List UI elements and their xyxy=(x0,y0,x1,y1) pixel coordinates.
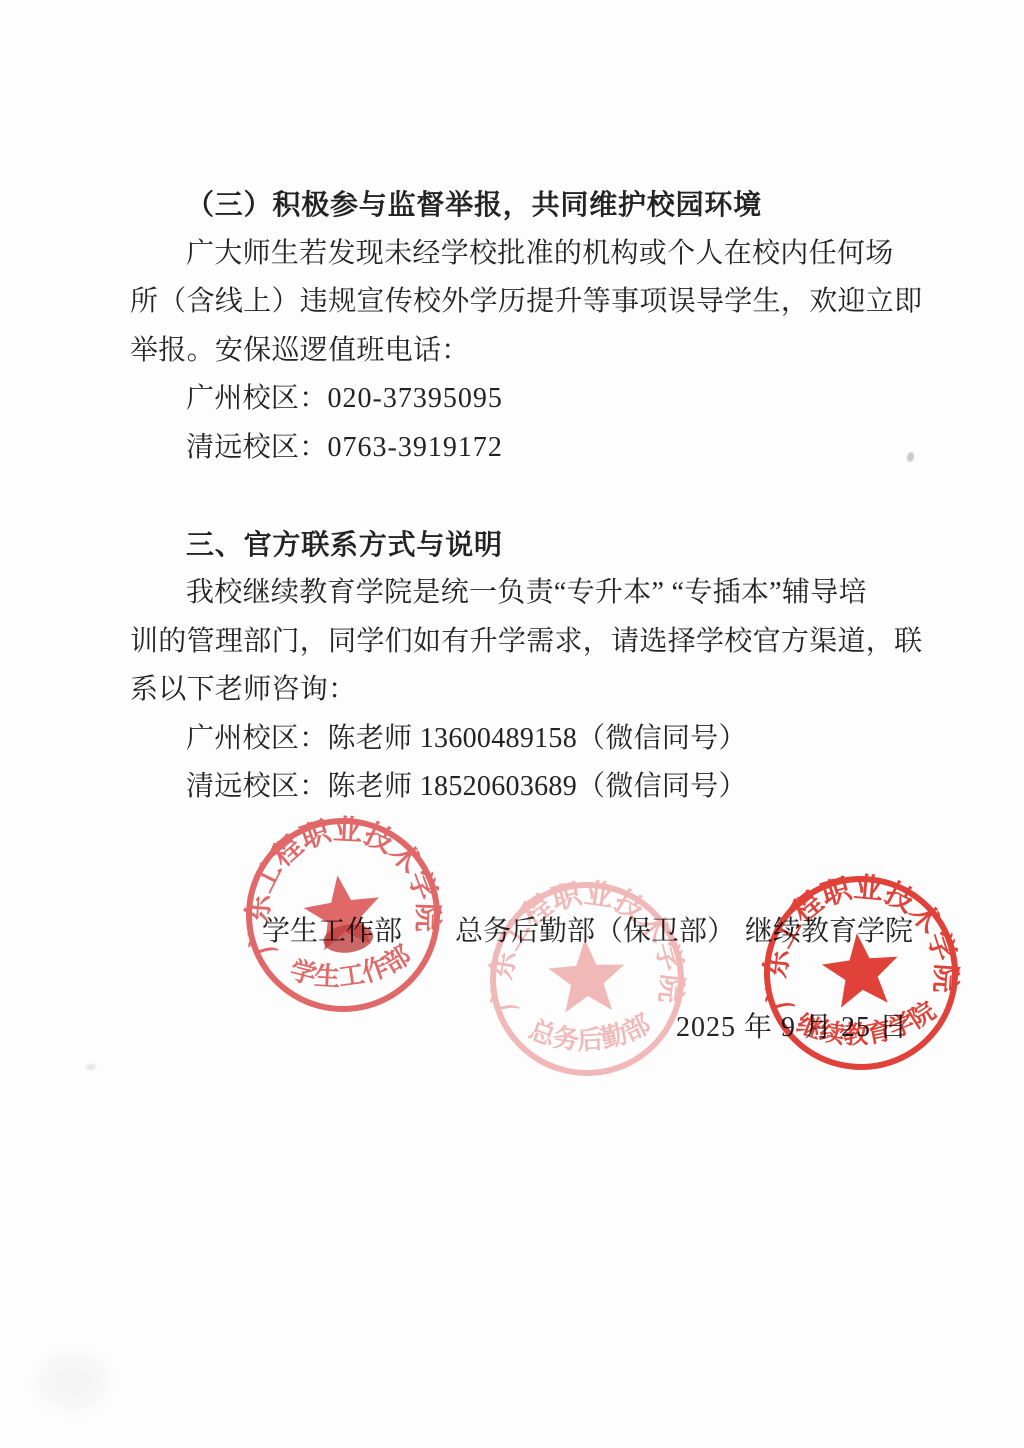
paragraph-line: 所（含线上）违规宣传校外学历提升等事项误导学生，欢迎立即 xyxy=(130,278,930,327)
official-seal-logistics: 广东工程职业技术学院 总务后勤部 xyxy=(471,863,702,1094)
paragraph-line: 系以下老师咨询： xyxy=(130,666,930,715)
campus-label: 清远校区： xyxy=(186,432,328,463)
paragraph-line: 广大师生若发现未经学校批准的机构或个人在校内任何场 xyxy=(130,230,930,279)
teacher-contact: 陈老师 18520603689（微信同号） xyxy=(328,771,747,802)
paragraph-line: 我校继续教育学院是统一负责“专升本” “专插本”辅导培 xyxy=(130,569,930,618)
scan-mark xyxy=(86,1064,96,1070)
paragraph-line: 训的管理部门，同学们如有升学需求，请选择学校官方渠道，联 xyxy=(130,618,930,667)
scan-smudge xyxy=(38,1352,108,1410)
signature-dept-logistics: 总务后勤部（保卫部） xyxy=(455,908,735,956)
paragraph-line: 举报。安保巡逻值班电话： xyxy=(130,327,930,376)
campus-label: 清远校区： xyxy=(186,771,328,802)
phone-line-qingyuan: 清远校区：0763-3919172 xyxy=(130,424,930,473)
blank-line xyxy=(130,472,930,521)
contact-line-guangzhou: 广州校区：陈老师 13600489158（微信同号） xyxy=(130,715,930,764)
document-body: （三）积极参与监督举报，共同维护校园环境 广大师生若发现未经学校批准的机构或个人… xyxy=(130,181,930,812)
scanned-document-page: （三）积极参与监督举报，共同维护校园环境 广大师生若发现未经学校批准的机构或个人… xyxy=(0,0,1024,1448)
contact-line-qingyuan: 清远校区：陈老师 18520603689（微信同号） xyxy=(130,763,930,812)
phone-number: 020-37395095 xyxy=(328,383,503,414)
signature-dept-continuing-education: 继续教育学院 xyxy=(745,908,913,956)
phone-line-guangzhou: 广州校区：020-37395095 xyxy=(130,375,930,424)
campus-label: 广州校区： xyxy=(186,723,328,754)
section-heading-supervision: （三）积极参与监督举报，共同维护校园环境 xyxy=(130,181,930,230)
teacher-contact: 陈老师 13600489158（微信同号） xyxy=(328,723,747,754)
seal-graphic: 广东工程职业技术学院 总务后勤部 xyxy=(471,863,702,1094)
campus-label: 广州校区： xyxy=(186,383,328,414)
document-date: 2025 年 9 月 25 日 xyxy=(676,1004,908,1052)
phone-number: 0763-3919172 xyxy=(328,432,503,463)
official-seal-continuing-education: 广东工程职业技术学院 继续教育学院 xyxy=(740,852,982,1094)
signature-dept-student-affairs: 学生工作部 xyxy=(262,908,402,956)
section-heading-contact: 三、官方联系方式与说明 xyxy=(130,521,930,570)
seal-graphic: 广东工程职业技术学院 继续教育学院 xyxy=(740,852,982,1094)
seal-department-text: 总务后勤部 xyxy=(524,1008,656,1058)
